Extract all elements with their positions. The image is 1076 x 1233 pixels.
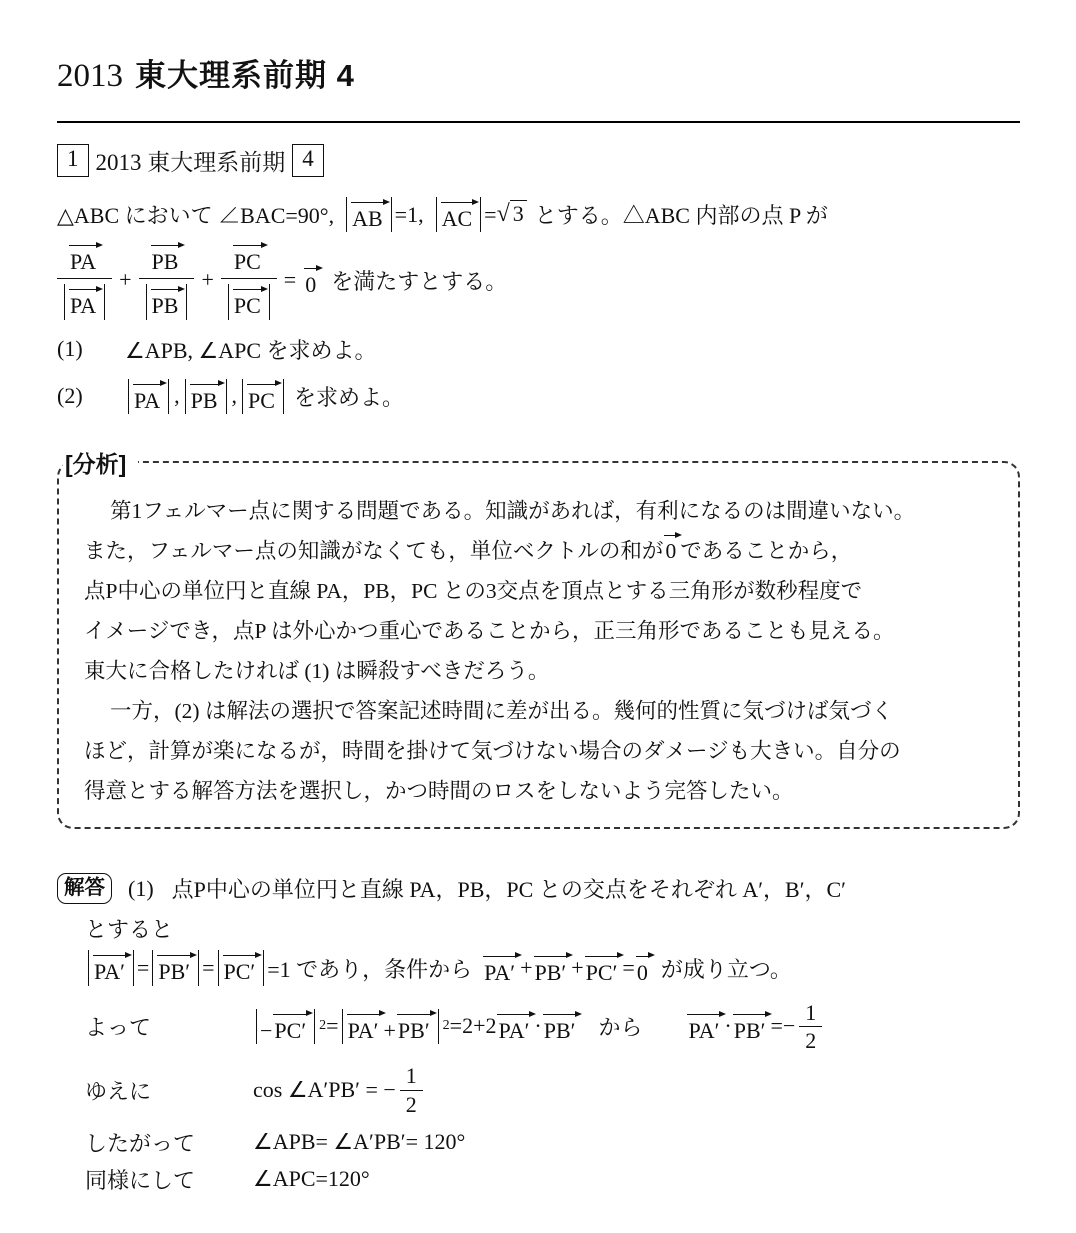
- angle-result: ∠APB= ∠A′PB′= 120°: [253, 1129, 465, 1155]
- solution-text: 点P中心の単位円と直線 PA，PB，PC との交点をそれぞれ A′，B′，C′: [172, 873, 846, 904]
- statement-text: △ABC において ∠BAC=90°,: [57, 199, 334, 230]
- vector-pc: PC: [232, 285, 266, 317]
- problem-subnumber-box: 4: [292, 144, 324, 177]
- comma: ,: [174, 383, 180, 409]
- numerator: 1: [799, 1000, 822, 1026]
- question-2: (2) PA , PB , PC を求めよ。: [57, 379, 1020, 414]
- vector-pb-prime: PB′: [156, 951, 195, 983]
- question-1: (1) ∠APB, ∠APC を求めよ。: [57, 334, 1020, 365]
- plus-sign: +: [119, 267, 131, 293]
- abs-vector-pa-prime: PA′: [88, 950, 134, 985]
- equals-sign: =: [284, 267, 296, 293]
- analysis-text: また，フェルマー点の知識がなくても，単位ベクトルの和が: [84, 539, 663, 563]
- solution-line-3: PA′ = PB′ = PC′ =1 であり，条件から PA′ + PB′ + …: [57, 950, 1020, 985]
- vector-pb-prime: PB′: [396, 1010, 435, 1042]
- fraction-pc: PC PC: [221, 241, 277, 319]
- vector-zero: 0: [635, 952, 653, 984]
- equals-sign: =: [622, 955, 634, 981]
- step-label: よって: [85, 1011, 253, 1042]
- plus-sign: +: [384, 1018, 396, 1043]
- solution-line-1: 解答 (1) 点P中心の単位円と直線 PA，PB，PC との交点をそれぞれ A′…: [57, 873, 1020, 905]
- radicand: 3: [510, 200, 527, 226]
- plus-sign: +: [520, 955, 532, 981]
- solution-line-4: よって −PC′2 = PA′+PB′2 =2+2 PA′ · PB′ から P…: [57, 1000, 1020, 1054]
- abs-vector-ac: AC: [436, 197, 482, 232]
- question-2-text: を求めよ。: [294, 381, 404, 412]
- problem-statement: △ABC において ∠BAC=90°, AB =1, AC = √3 とする。△…: [57, 197, 1020, 232]
- vector-zero: 0: [303, 264, 321, 296]
- vector-pa-prime: PA′: [92, 951, 130, 983]
- radical-sign: √: [497, 201, 510, 227]
- analysis-text: であることから，: [680, 539, 852, 563]
- question-1-number: (1): [57, 336, 125, 362]
- step-label: ゆえに: [85, 1075, 253, 1106]
- analysis-line: 東大に合格したければ (1) は瞬殺すべきだろう。: [84, 651, 1000, 691]
- vector-ab: AB: [350, 198, 388, 230]
- abs-sum-vectors: PA′+PB′: [342, 1009, 439, 1044]
- vector-pa: PA: [132, 380, 165, 412]
- analysis-line: ほど，計算が楽になるが，時間を掛けて気づけない場合のダメージも大きい。自分の: [84, 731, 1000, 771]
- vector-pc-prime: PC′: [272, 1010, 311, 1042]
- solution-line-7: 同様にして ∠APC=120°: [57, 1164, 1020, 1195]
- problem-equation: PA PA + PB PB + PC PC = 0 を満たすとする。: [57, 241, 1020, 319]
- question-1-text: ∠APB, ∠APC を求めよ。: [125, 334, 377, 365]
- analysis-label: [分析]: [63, 446, 138, 479]
- equation-tail-text: を満たすとする。: [331, 265, 507, 296]
- minus-sign: −: [260, 1018, 272, 1043]
- vector-pa-prime: PA′: [686, 1010, 724, 1042]
- superscript-2: 2: [443, 1018, 450, 1034]
- problem-heading-text: 2013 東大理系前期: [96, 144, 286, 177]
- abs-neg-vector-pc-prime: −PC′: [256, 1009, 315, 1044]
- fraction-one-half: 12: [799, 1000, 822, 1054]
- abs-vector-pb: PB: [146, 284, 188, 319]
- vector-pb-prime: PB′: [542, 1010, 581, 1042]
- fraction-pb: PB PB: [139, 241, 195, 319]
- vector-pa: PA: [68, 241, 101, 273]
- question-2-number: (2): [57, 383, 125, 409]
- analysis-line: 第1フェルマー点に関する問題である。知識があれば，有利になるのは間違いない。: [84, 491, 1000, 531]
- analysis-line: また，フェルマー点の知識がなくても，単位ベクトルの和が0であることから，: [84, 531, 1000, 571]
- cosine-expression: cos ∠A′PB′ = −: [253, 1077, 396, 1103]
- plus-sign: +: [201, 267, 213, 293]
- analysis-line: 得意とする解答方法を選択し，かつ時間のロスをしないよう完答したい。: [84, 771, 1000, 811]
- solution-part-number: (1): [128, 876, 154, 902]
- fraction-pa: PA PA: [57, 241, 112, 319]
- numerator: 1: [400, 1063, 423, 1089]
- expression-text: =2+2: [450, 1013, 497, 1039]
- abs-vector-pa: PA: [64, 284, 105, 319]
- abs-vector-pc: PC: [228, 284, 270, 319]
- analysis-line: 一方，(2) は解法の選択で答案記述時間に差が出る。幾何的性質に気づけば気づく: [84, 691, 1000, 731]
- solution-text: =1 であり，条件から: [267, 953, 472, 984]
- statement-text: =: [484, 202, 496, 228]
- connector-text: から: [598, 1011, 642, 1042]
- dot-operator: ·: [724, 1013, 731, 1039]
- angle-result: ∠APC=120°: [253, 1166, 370, 1192]
- abs-vector-ab: AB: [346, 197, 392, 232]
- superscript-2: 2: [319, 1018, 326, 1034]
- vector-pb: PB: [189, 380, 223, 412]
- solution-line-5: ゆえに cos ∠A′PB′ = − 12: [57, 1063, 1020, 1117]
- step-label: 同様にして: [85, 1164, 253, 1195]
- equals-sign: =: [326, 1013, 338, 1039]
- problem-heading: 1 2013 東大理系前期 4: [57, 144, 1020, 177]
- plus-sign: +: [571, 955, 583, 981]
- abs-vector-pc: PC: [242, 379, 284, 414]
- abs-vector-pc-prime: PC′: [218, 950, 265, 985]
- analysis-line: 点P中心の単位円と直線 PA，PB，PC との3交点を頂点とする三角形が数秒程度…: [84, 571, 1000, 611]
- vector-pb-prime: PB′: [732, 1010, 771, 1042]
- answer-label-box: 解答: [57, 873, 112, 905]
- equals-minus: =−: [770, 1013, 795, 1039]
- equals-sign: =: [202, 955, 214, 981]
- vector-pc-prime: PC′: [584, 952, 623, 984]
- equals-sign: =: [137, 955, 149, 981]
- denominator: 2: [799, 1026, 822, 1053]
- vector-pb-prime: PB′: [533, 952, 572, 984]
- solution-line-2: とすると: [57, 913, 1020, 944]
- abs-vector-pb: PB: [185, 379, 227, 414]
- abs-vector-pa: PA: [128, 379, 169, 414]
- statement-text: とする。△ABC 内部の点 P が: [535, 199, 828, 230]
- vector-pa-prime: PA′: [482, 952, 520, 984]
- comma: ,: [232, 383, 238, 409]
- vector-zero: 0: [663, 533, 680, 563]
- fraction-one-half: 12: [400, 1063, 423, 1117]
- vector-pc: PC: [246, 380, 280, 412]
- solution-section: 解答 (1) 点P中心の単位円と直線 PA，PB，PC との交点をそれぞれ A′…: [57, 873, 1020, 1195]
- solution-text: が成り立つ。: [661, 953, 792, 984]
- vector-pc-prime: PC′: [222, 951, 261, 983]
- problem-number-box: 1: [57, 144, 89, 177]
- vector-pb: PB: [150, 285, 184, 317]
- vector-pa-prime: PA′: [346, 1010, 384, 1042]
- title-rule: [57, 121, 1020, 123]
- title-main: 東大理系前期 4: [135, 50, 355, 95]
- sqrt-3: √3: [497, 201, 527, 228]
- dot-operator: ·: [534, 1013, 541, 1039]
- vector-pc: PC: [232, 241, 266, 273]
- vector-pa: PA: [68, 285, 101, 317]
- statement-text: =1,: [395, 202, 424, 228]
- denominator: 2: [400, 1090, 423, 1117]
- vector-pa-prime: PA′: [496, 1010, 534, 1042]
- vector-pb: PB: [150, 241, 184, 273]
- analysis-box: [分析] 第1フェルマー点に関する問題である。知識があれば，有利になるのは間違い…: [57, 461, 1020, 829]
- step-label: したがって: [85, 1127, 253, 1158]
- abs-vector-pb-prime: PB′: [152, 950, 199, 985]
- solution-line-6: したがって ∠APB= ∠A′PB′= 120°: [57, 1127, 1020, 1158]
- vector-ac: AC: [440, 198, 478, 230]
- page-title: 2013 東大理系前期 4: [57, 50, 1020, 95]
- title-year: 2013: [57, 58, 123, 95]
- analysis-line: イメージでき，点P は外心かつ重心であることから，正三角形であることも見える。: [84, 611, 1000, 651]
